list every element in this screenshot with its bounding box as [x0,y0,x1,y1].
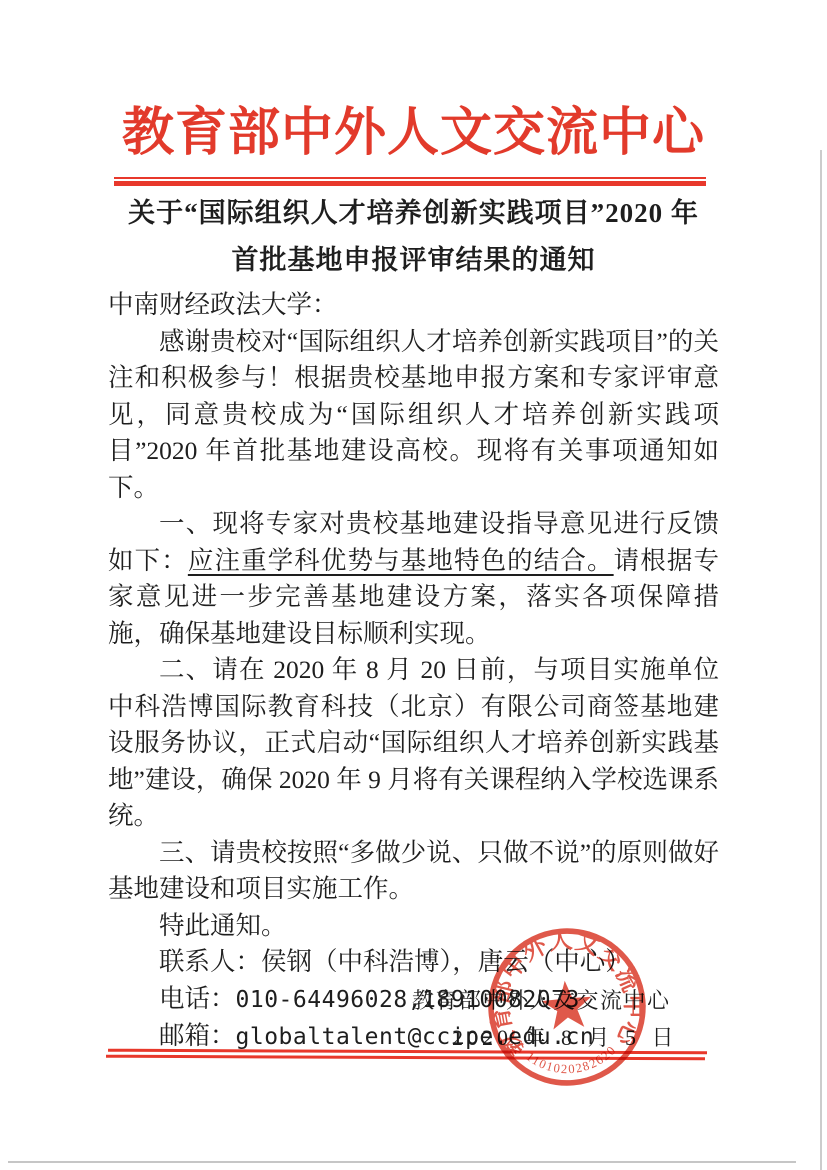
body-paragraph: 感谢贵校对“国际组织人才培养创新实践项目”的关注和积极参与！根据贵校基地申报方案… [108,324,719,507]
salutation: 中南财经政法大学： [108,287,719,324]
letterhead-org-name: 教育部中外人文交流中心 [0,103,827,165]
underlined-expert-opinion: 应注重学科优势与基地特色的结合。 [188,546,614,575]
contact-label: 电话： [159,984,236,1013]
scanned-notice-page: 教育部中外人文交流中心 关于“国际组织人才培养创新实践项目”2020 年 首批基… [0,0,827,1170]
letterhead-rule-thick [114,181,706,186]
official-seal: 教育部中外人文交流中心 1101020282620 [479,919,655,1095]
body-paragraph: 二、请在 2020 年 8 月 20 日前，与项目实施单位中科浩博国际教育科技（… [108,652,719,835]
contact-label: 联系人： [159,947,261,976]
text-segment: 二、请在 2020 年 8 月 20 日前，与项目实施单位中科浩博国际教育科技（… [108,655,719,830]
document-title-line2: 首批基地申报评审结果的通知 [0,238,827,277]
text-segment: 特此通知。 [159,911,287,940]
letterhead-rule-thin [114,177,706,179]
document-title-line1: 关于“国际组织人才培养创新实践项目”2020 年 [0,191,827,230]
body-paragraph: 一、现将专家对贵校基地建设指导意见进行反馈如下：应注重学科优势与基地特色的结合。… [108,506,719,652]
scan-edge-bottom [8,1161,796,1163]
text-segment: 感谢贵校对“国际组织人才培养创新实践项目”的关注和积极参与！根据贵校基地申报方案… [108,327,719,502]
body-paragraph: 三、请贵校按照“多做少说、只做不说”的原则做好基地建设和项目实施工作。 [108,835,719,908]
scan-edge-right [820,150,822,1170]
text-segment: 三、请贵校按照“多做少说、只做不说”的原则做好基地建设和项目实施工作。 [108,838,719,904]
seal-star-icon [540,979,594,1031]
contact-label: 邮箱： [159,1021,236,1050]
